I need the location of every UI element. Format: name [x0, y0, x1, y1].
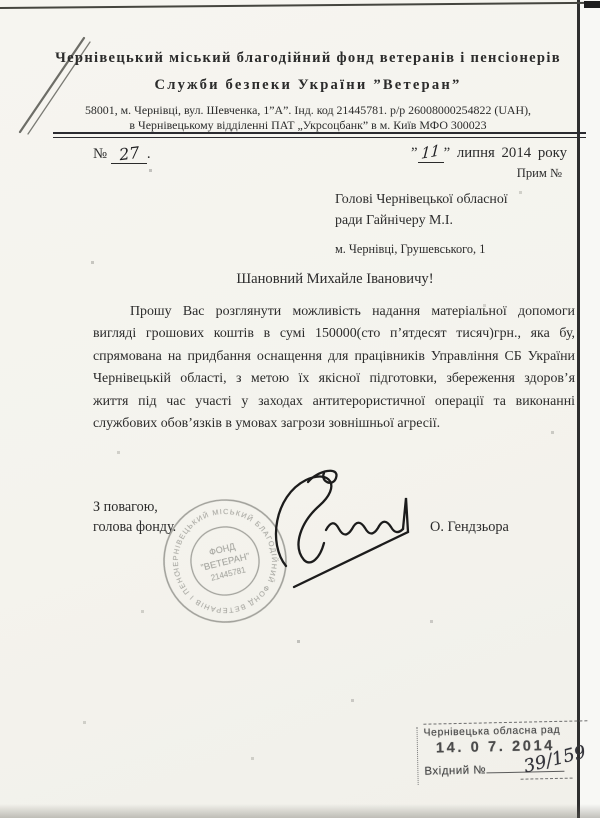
- handwritten-day: 11: [421, 141, 441, 163]
- number-blank-line: 27: [111, 143, 147, 164]
- date-open-quote: ”: [411, 145, 418, 161]
- signature-scribble: [256, 466, 438, 594]
- scan-noise-specks: [0, 0, 1, 1]
- intake-field-label: Вхідний №: [424, 764, 486, 777]
- number-period: .: [147, 146, 151, 162]
- letter-date: ”11” липня 2014 року: [411, 143, 567, 163]
- recipient-address: м. Чернівці, Грушевського, 1: [335, 239, 573, 260]
- intake-registration-stamp: Чернівецька обласна рад 14. 0 7. 2014 Вх…: [423, 720, 588, 781]
- number-label: №: [93, 146, 107, 162]
- body-line: службових обов’язків в умовах загрози зо…: [93, 413, 575, 435]
- org-title-line2: Служби безпеки України ”Ветеран”: [28, 77, 588, 94]
- salutation: Шановний Михайле Івановичу!: [93, 271, 577, 288]
- org-address-line2: в Чернівецькому відділенні ПАТ „Укрсоцба…: [28, 118, 588, 133]
- date-close-quote: ”: [444, 145, 451, 161]
- date-month-year: липня 2014 року: [457, 145, 567, 161]
- scanned-letter-page: Чернівецький міський благодійний фонд ве…: [0, 0, 600, 818]
- org-address: 58001, м. Чернівці, вул. Шевченка, 1”А”.…: [28, 103, 588, 133]
- intake-stamp-bottom-dashes: [521, 778, 573, 780]
- body-line: Чернівецькій області, з метою їх якісної…: [93, 368, 575, 390]
- handwritten-number: 27: [118, 143, 141, 164]
- scan-corner-mark: [584, 1, 600, 8]
- scan-bottom-shadow: [0, 804, 600, 818]
- body-line: спрямована на придбання оснащення для пр…: [93, 346, 575, 368]
- body-line: вигляді грошових коштів в сумі 150000(ст…: [93, 323, 575, 345]
- recipient-block: Голові Чернівецької обласної ради Гайніч…: [335, 190, 573, 260]
- outgoing-number: № 27.: [93, 143, 151, 164]
- body-line: Прошу Вас розглянути можливість надання …: [93, 301, 575, 323]
- org-title-line1: Чернівецький міський благодійний фонд ве…: [28, 50, 588, 67]
- reference-row: № 27. ”11” липня 2014 року: [93, 143, 567, 169]
- recipient-line1: Голові Чернівецької обласної: [335, 190, 573, 211]
- intake-stamp-org: Чернівецька обласна рад: [423, 724, 587, 738]
- intake-stamp-left-border: [416, 727, 418, 785]
- body-paragraph: Прошу Вас розглянути можливість надання …: [93, 301, 575, 435]
- date-day-blank-line: 11: [418, 143, 444, 163]
- signer-name: О. Гендзьора: [430, 519, 509, 536]
- letterhead-divider-rule: [53, 132, 586, 138]
- scan-edge-top: [0, 2, 600, 9]
- recipient-line2: ради Гайнічеру М.І.: [335, 211, 573, 232]
- copy-note: Прим №: [517, 166, 562, 181]
- letterhead: Чернівецький міський благодійний фонд ве…: [28, 50, 588, 133]
- org-address-line1: 58001, м. Чернівці, вул. Шевченка, 1”А”.…: [28, 103, 588, 118]
- body-line: життя під час участі у заходах антитерор…: [93, 391, 575, 413]
